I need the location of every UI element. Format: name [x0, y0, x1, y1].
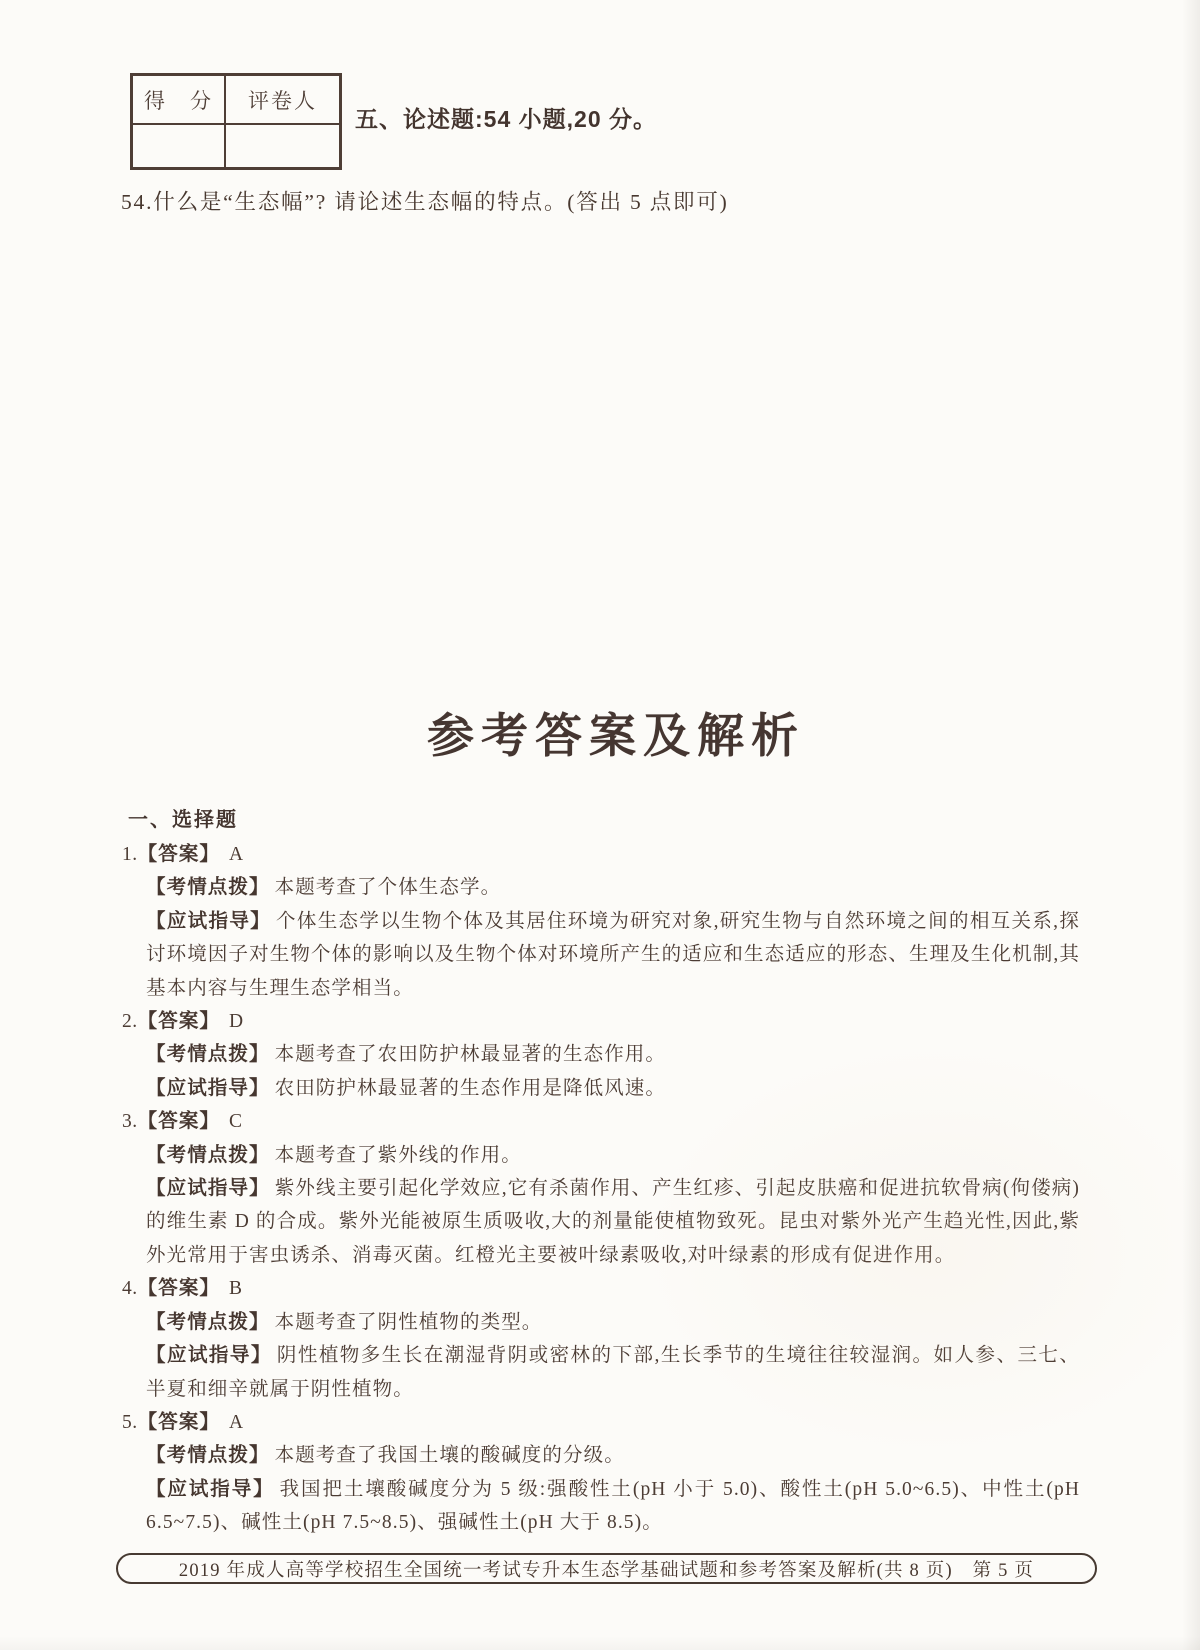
guidance-text: 农田防护林最显著的生态作用是降低风速。 [275, 1078, 666, 1099]
answer-label: 【答案】 [138, 1412, 220, 1433]
exam-point-label: 【考情点拨】 [146, 1044, 270, 1065]
answer-label: 【答案】 [138, 1011, 220, 1032]
grader-value-cell [226, 125, 339, 167]
answer-line: 4.【答案】B [122, 1272, 1080, 1305]
answer-item-4: 4.【答案】B 【考情点拨】本题考查了阴性植物的类型。 【应试指导】阴性植物多生… [122, 1272, 1080, 1406]
exam-point-label: 【考情点拨】 [146, 1145, 270, 1166]
exam-point-text: 本题考查了农田防护林最显著的生态作用。 [275, 1044, 666, 1065]
question-number: 1. [122, 844, 138, 865]
answers-body: 1.【答案】A 【考情点拨】本题考查了个体生态学。 【应试指导】个体生态学以生物… [122, 838, 1080, 1540]
guidance-text: 个体生态学以生物个体及其居住环境为研究对象,研究生物与自然环境之间的相互关系,探… [146, 911, 1080, 999]
guidance-line: 【应试指导】紫外线主要引起化学效应,它有杀菌作用、产生红疹、引起皮肤癌和促进抗软… [146, 1172, 1080, 1272]
answer-item-5: 5.【答案】A 【考情点拨】本题考查了我国土壤的酸碱度的分级。 【应试指导】我国… [122, 1406, 1080, 1540]
guidance-label: 【应试指导】 [146, 1178, 270, 1199]
question-number: 2. [122, 1011, 138, 1032]
guidance-line: 【应试指导】我国把土壤酸碱度分为 5 级:强酸性土(pH 小于 5.0)、酸性土… [146, 1473, 1080, 1540]
answer-item-3: 3.【答案】C 【考情点拨】本题考查了紫外线的作用。 【应试指导】紫外线主要引起… [122, 1105, 1080, 1272]
guidance-label: 【应试指导】 [146, 1479, 275, 1500]
answer-letter: A [229, 844, 244, 865]
footer-banner: 2019 年成人高等学校招生全国统一考试专升本生态学基础试题和参考答案及解析(共… [116, 1553, 1097, 1584]
exam-point-line: 【考情点拨】本题考查了我国土壤的酸碱度的分级。 [146, 1439, 1080, 1472]
exam-point-label: 【考情点拨】 [146, 877, 270, 898]
answer-label: 【答案】 [138, 844, 220, 865]
guidance-line: 【应试指导】个体生态学以生物个体及其居住环境为研究对象,研究生物与自然环境之间的… [146, 905, 1080, 1005]
exam-point-line: 【考情点拨】本题考查了紫外线的作用。 [146, 1139, 1080, 1172]
answer-line: 3.【答案】C [122, 1105, 1080, 1138]
answers-title: 参考答案及解析 [0, 699, 1200, 766]
footer-text: 2019 年成人高等学校招生全国统一考试专升本生态学基础试题和参考答案及解析(共… [179, 1556, 1034, 1582]
exam-point-line: 【考情点拨】本题考查了农田防护林最显著的生态作用。 [146, 1038, 1080, 1071]
question-number: 5. [122, 1412, 138, 1433]
guidance-line: 【应试指导】阴性植物多生长在潮湿背阴或密林的下部,生长季节的生境往往较湿润。如人… [146, 1339, 1080, 1406]
score-label-cell: 得 分 [133, 76, 226, 125]
exam-point-line: 【考情点拨】本题考查了阴性植物的类型。 [146, 1306, 1080, 1339]
answer-letter: B [229, 1278, 243, 1299]
score-value-cell [133, 125, 226, 167]
guidance-text: 紫外线主要引起化学效应,它有杀菌作用、产生红疹、引起皮肤癌和促进抗软骨病(佝偻病… [146, 1178, 1080, 1266]
exam-point-label: 【考情点拨】 [146, 1445, 270, 1466]
answer-line: 1.【答案】A [122, 838, 1080, 871]
answer-line: 2.【答案】D [122, 1005, 1080, 1038]
exam-point-line: 【考情点拨】本题考查了个体生态学。 [146, 871, 1080, 904]
guidance-label: 【应试指导】 [146, 1078, 270, 1099]
answer-item-1: 1.【答案】A 【考情点拨】本题考查了个体生态学。 【应试指导】个体生态学以生物… [122, 838, 1080, 1005]
answer-label: 【答案】 [138, 1278, 220, 1299]
guidance-line: 【应试指导】农田防护林最显著的生态作用是降低风速。 [146, 1072, 1080, 1105]
answer-item-2: 2.【答案】D 【考情点拨】本题考查了农田防护林最显著的生态作用。 【应试指导】… [122, 1005, 1080, 1105]
answer-letter: C [229, 1111, 243, 1132]
guidance-text: 阴性植物多生长在潮湿背阴或密林的下部,生长季节的生境往往较湿润。如人参、三七、半… [146, 1345, 1080, 1399]
grader-label-cell: 评卷人 [226, 76, 339, 125]
essay-section-heading: 五、论述题:54 小题,20 分。 [355, 101, 657, 134]
essay-question-54: 54.什么是“生态幅”? 请论述生态幅的特点。(答出 5 点即可) [121, 185, 1101, 216]
answer-label: 【答案】 [138, 1111, 220, 1132]
exam-point-label: 【考情点拨】 [146, 1312, 270, 1333]
exam-point-text: 本题考查了阴性植物的类型。 [275, 1312, 543, 1333]
score-grader-table: 得 分 评卷人 [130, 73, 342, 170]
question-number: 4. [122, 1278, 138, 1299]
exam-point-text: 本题考查了紫外线的作用。 [275, 1145, 522, 1166]
exam-point-text: 本题考查了个体生态学。 [275, 877, 502, 898]
guidance-label: 【应试指导】 [146, 911, 271, 932]
guidance-text: 我国把土壤酸碱度分为 5 级:强酸性土(pH 小于 5.0)、酸性土(pH 5.… [146, 1479, 1080, 1533]
question-number: 3. [122, 1111, 138, 1132]
exam-answer-page: 得 分 评卷人 五、论述题:54 小题,20 分。 54.什么是“生态幅”? 请… [0, 0, 1200, 1650]
answer-letter: D [229, 1011, 244, 1032]
answer-letter: A [229, 1412, 244, 1433]
guidance-label: 【应试指导】 [146, 1345, 272, 1366]
exam-point-text: 本题考查了我国土壤的酸碱度的分级。 [275, 1445, 625, 1466]
answer-line: 5.【答案】A [122, 1406, 1080, 1439]
multiple-choice-heading: 一、选择题 [128, 803, 238, 832]
